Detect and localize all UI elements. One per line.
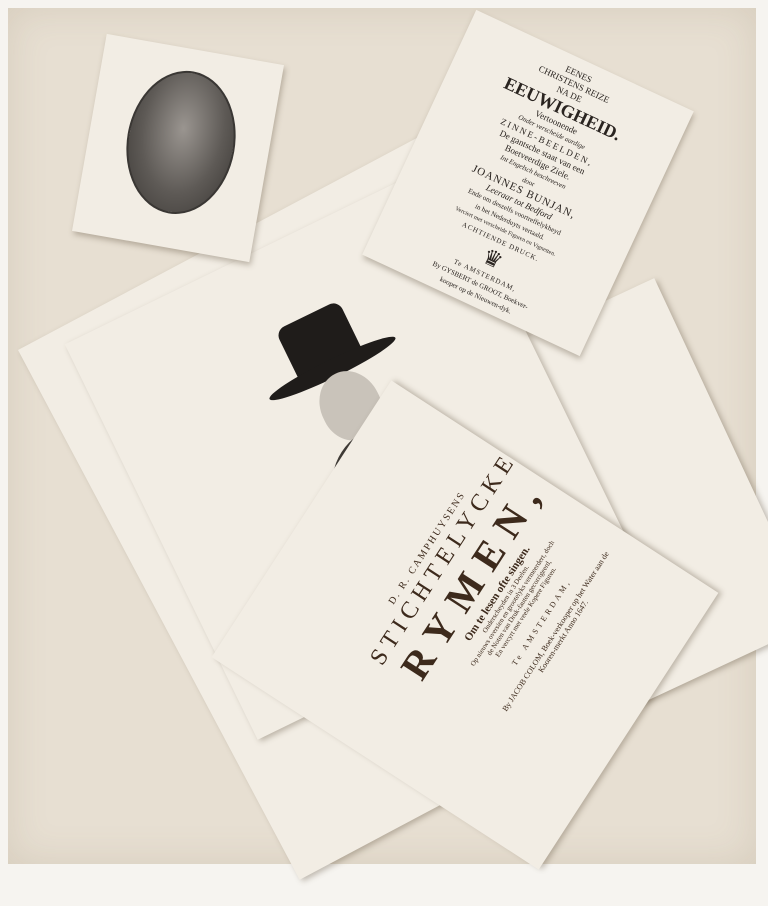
small-portrait-card	[72, 34, 284, 262]
oval-portrait	[115, 62, 246, 223]
